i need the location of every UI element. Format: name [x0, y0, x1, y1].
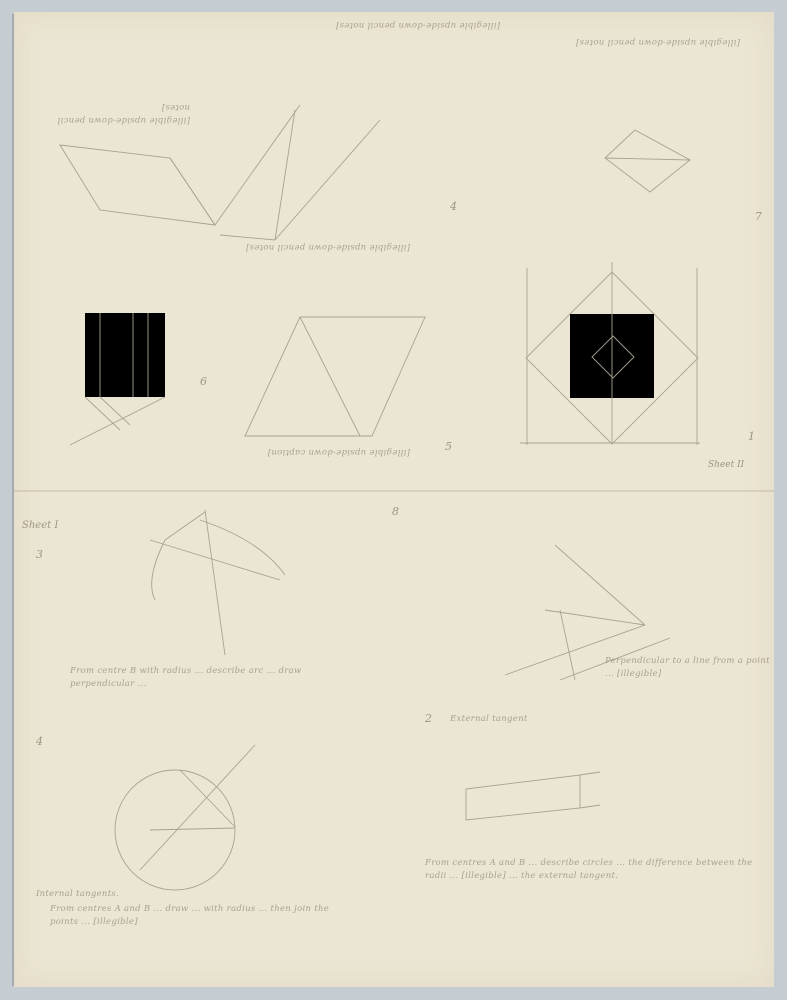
- bottom-right-note: From centres A and B ... describe circle…: [425, 857, 765, 883]
- middle-center-note: [illegible upside-down pencil notes]: [240, 240, 410, 253]
- external-tangent-figure: [466, 772, 600, 820]
- nested-squares-figure: [520, 262, 700, 445]
- figure-number: 5: [445, 440, 452, 453]
- figure-number: 8: [392, 505, 399, 518]
- figure-number: 4: [36, 735, 43, 748]
- right-side-note: Perpendicular to a line from a point ...…: [605, 655, 770, 681]
- sheet-label-upside-down: Sheet II: [708, 460, 744, 470]
- arc-construction-figure: [150, 510, 285, 655]
- figure-number: 4: [450, 200, 457, 213]
- bottom-left-note: From centres A and B ... draw ... with r…: [50, 903, 355, 929]
- geometry-drawings: [0, 0, 787, 1000]
- top-right-note: [illegible upside-down pencil notes]: [540, 35, 740, 48]
- figure-number: 2: [425, 712, 432, 725]
- figure-number: 1: [748, 430, 755, 443]
- fan-figure: [60, 145, 215, 225]
- triangle-caption: [illegible upside-down caption]: [230, 445, 410, 458]
- top-center-note: [illegible upside-down pencil notes]: [200, 18, 500, 31]
- internal-tangent-figure: [115, 745, 255, 890]
- parallelogram-figure: [245, 317, 425, 436]
- figure-number: 6: [200, 375, 207, 388]
- sheet-label: Sheet I: [22, 520, 58, 531]
- perpendicular-note: From centre B with radius ... describe a…: [70, 665, 340, 691]
- divided-rectangle-figure: [70, 313, 165, 445]
- rhombus-figure: [605, 130, 690, 192]
- sheet-number: 3: [36, 548, 43, 561]
- bottom-left-heading: Internal tangents.: [36, 888, 136, 901]
- top-left-note: [illegible upside-down pencil notes]: [40, 100, 190, 126]
- tangent-heading: External tangent: [450, 713, 590, 726]
- figure-number: 7: [755, 210, 762, 223]
